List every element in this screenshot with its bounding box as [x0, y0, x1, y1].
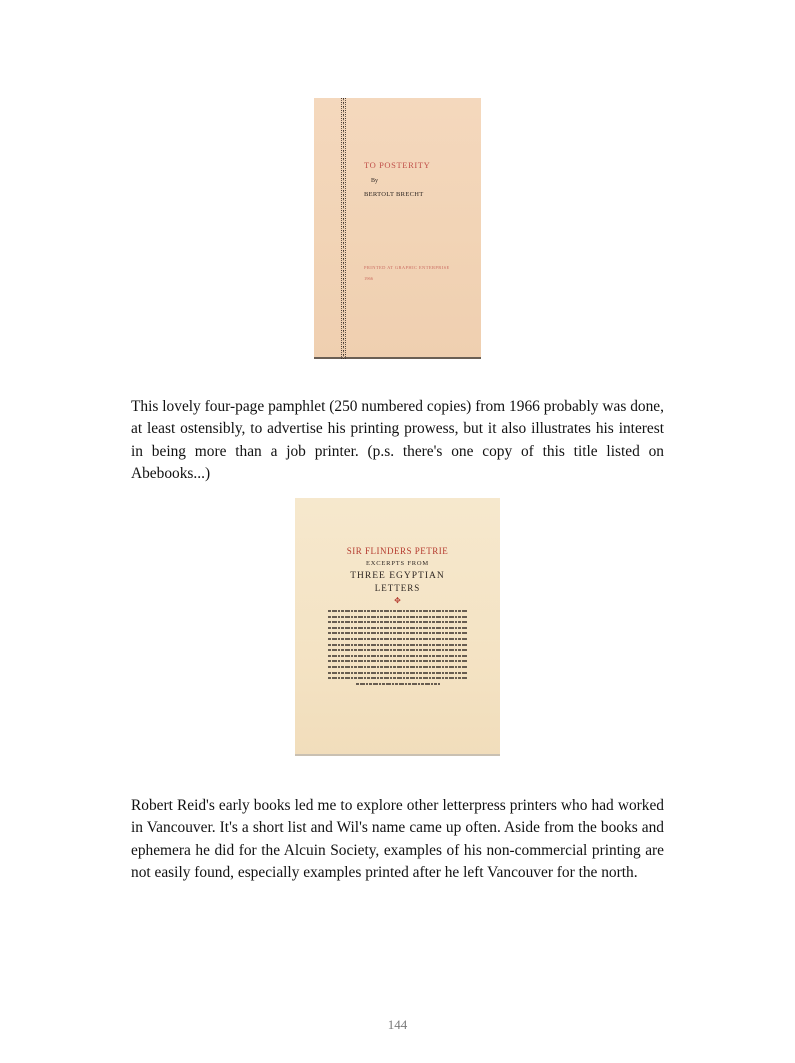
document-page: TO POSTERITY By BERTOLT BRECHT PRINTED A…	[0, 0, 795, 1063]
petrie-body-text-block	[328, 610, 468, 688]
cover-year: 1966	[364, 276, 373, 281]
cover-by: By	[371, 178, 378, 184]
fleuron-ornament-icon: ✥	[295, 596, 500, 605]
decorative-border-strip	[341, 98, 346, 359]
cover-imprint: PRINTED AT GRAPHIC ENTERPRISE	[364, 265, 450, 270]
paragraph-vancouver-printers: Robert Reid's early books led me to expl…	[131, 795, 664, 884]
petrie-subtitle-line2: THREE EGYPTIAN	[295, 571, 500, 581]
petrie-body-text-line	[328, 627, 468, 629]
petrie-body-text-line	[328, 649, 468, 651]
petrie-body-text-line	[328, 638, 468, 640]
petrie-body-text-line	[328, 644, 468, 646]
petrie-body-text-line	[328, 655, 468, 657]
flinders-petrie-title-page-image: SIR FLINDERS PETRIE EXCERPTS FROM THREE …	[295, 498, 500, 756]
to-posterity-cover-image: TO POSTERITY By BERTOLT BRECHT PRINTED A…	[314, 98, 481, 359]
page-number: 144	[0, 1017, 795, 1033]
petrie-body-text-line	[328, 616, 468, 618]
paragraph-pamphlet-description: This lovely four-page pamphlet (250 numb…	[131, 396, 664, 485]
petrie-body-text-line	[328, 660, 468, 662]
petrie-subtitle-line3: LETTERS	[295, 583, 500, 593]
petrie-body-text-line	[356, 683, 440, 685]
petrie-body-text-line	[328, 677, 468, 679]
cover-title: TO POSTERITY	[364, 160, 430, 170]
petrie-body-text-line	[328, 621, 468, 623]
cover-author: BERTOLT BRECHT	[364, 191, 424, 198]
petrie-body-text-line	[328, 672, 468, 674]
petrie-body-text-line	[328, 632, 468, 634]
petrie-body-text-line	[328, 610, 468, 612]
petrie-body-text-line	[328, 666, 468, 668]
petrie-subtitle: EXCERPTS FROM	[295, 560, 500, 567]
petrie-title: SIR FLINDERS PETRIE	[295, 546, 500, 556]
